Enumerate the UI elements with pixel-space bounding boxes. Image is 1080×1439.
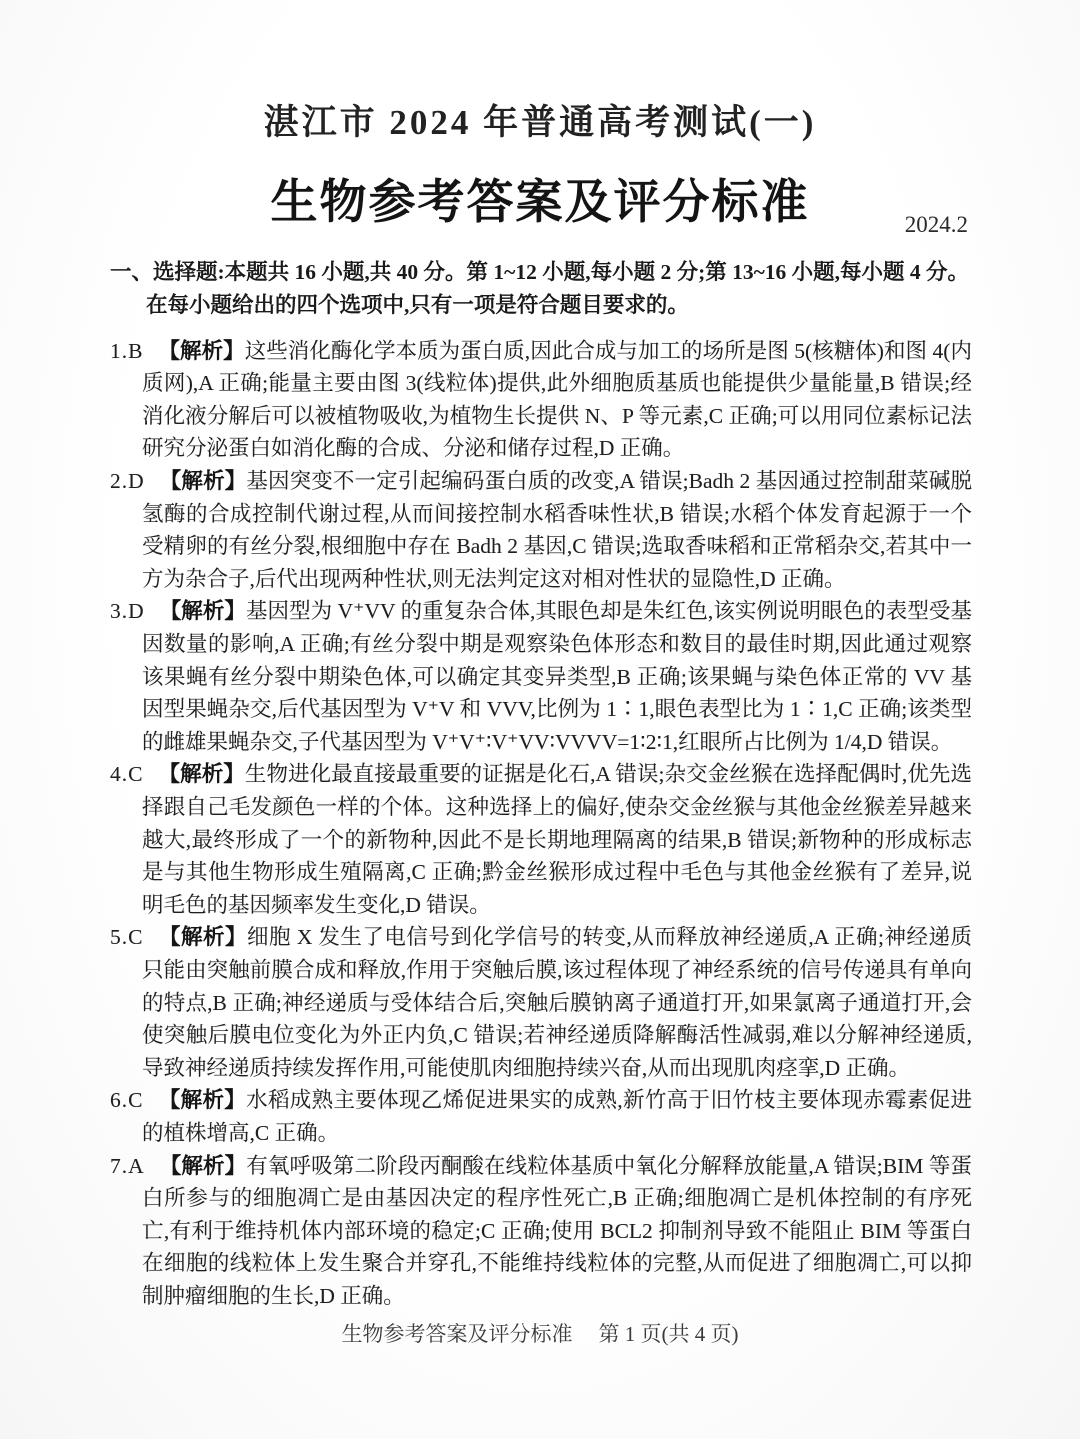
analysis-text: 有氧呼吸第二阶段丙酮酸在线粒体基质中氧化分解释放能量,A 错误;BIM 等蛋白所… [142, 1154, 972, 1308]
document-page: 湛江市 2024 年普通高考测试(一) 生物参考答案及评分标准 2024.2 一… [0, 0, 1080, 1439]
answer-number: 7.A [110, 1154, 145, 1178]
footer-doc-name: 生物参考答案及评分标准 [342, 1322, 573, 1346]
answer-number: 3.D [110, 599, 145, 623]
analysis-text: 水稻成熟主要体现乙烯促进果实的成熟,新竹高于旧竹枝主要体现赤霉素促进的植株增高,… [142, 1088, 972, 1145]
answer-item-3: 3.D【解析】基因型为 V⁺VV 的重复杂合体,其眼色却是朱红色,该实例说明眼色… [110, 595, 972, 758]
analysis-label: 【解析】 [160, 1154, 247, 1178]
analysis-label: 【解析】 [158, 762, 244, 786]
answer-item-7: 7.A【解析】有氧呼吸第二阶段丙酮酸在线粒体基质中氧化分解释放能量,A 错误;B… [110, 1150, 972, 1313]
analysis-label: 【解析】 [160, 469, 247, 493]
answer-item-6: 6.C【解析】水稻成熟主要体现乙烯促进果实的成熟,新竹高于旧竹枝主要体现赤霉素促… [110, 1084, 972, 1149]
answer-item-5: 5.C【解析】细胞 X 发生了电信号到化学信号的转变,从而释放神经递质,A 正确… [110, 921, 972, 1084]
answers-list: 1.B【解析】这些消化酶化学本质为蛋白质,因此合成与加工的场所是图 5(核糖体)… [110, 335, 972, 1313]
answer-item-4: 4.C【解析】生物进化最直接最重要的证据是化石,A 错误;杂交金丝猴在选择配偶时… [110, 758, 972, 921]
page-footer: 生物参考答案及评分标准第 1 页(共 4 页) [0, 1318, 1080, 1348]
analysis-label: 【解析】 [160, 599, 246, 623]
analysis-text: 基因突变不一定引起编码蛋白质的改变,A 错误;Badh 2 基因通过控制甜菜碱脱… [142, 469, 972, 591]
answer-item-2: 2.D【解析】基因突变不一定引起编码蛋白质的改变,A 错误;Badh 2 基因通… [110, 465, 972, 595]
analysis-label: 【解析】 [158, 925, 247, 949]
answer-number: 2.D [110, 469, 145, 493]
section-heading: 一、选择题:本题共 16 小题,共 40 分。第 1~12 小题,每小题 2 分… [110, 256, 972, 322]
section-heading-line1: 一、选择题:本题共 16 小题,共 40 分。第 1~12 小题,每小题 2 分… [110, 256, 972, 289]
answer-number: 6.C [110, 1088, 143, 1112]
content-area: 一、选择题:本题共 16 小题,共 40 分。第 1~12 小题,每小题 2 分… [0, 256, 1080, 1313]
answer-number: 4.C [110, 762, 143, 786]
analysis-label: 【解析】 [158, 1088, 246, 1112]
exam-title: 湛江市 2024 年普通高考测试(一) [0, 102, 1080, 144]
answer-item-1: 1.B【解析】这些消化酶化学本质为蛋白质,因此合成与加工的场所是图 5(核糖体)… [110, 335, 972, 465]
date-label: 2024.2 [905, 212, 968, 238]
analysis-text: 这些消化酶化学本质为蛋白质,因此合成与加工的场所是图 5(核糖体)和图 4(内质… [142, 339, 972, 461]
analysis-text: 基因型为 V⁺VV 的重复杂合体,其眼色却是朱红色,该实例说明眼色的表型受基因数… [142, 599, 972, 753]
answer-number: 1.B [110, 339, 143, 363]
analysis-text: 生物进化最直接最重要的证据是化石,A 错误;杂交金丝猴在选择配偶时,优先选择跟自… [142, 762, 972, 916]
answer-number: 5.C [110, 925, 143, 949]
footer-page-info: 第 1 页(共 4 页) [599, 1322, 739, 1346]
analysis-text: 细胞 X 发生了电信号到化学信号的转变,从而释放神经递质,A 正确;神经递质只能… [142, 925, 972, 1079]
section-heading-line2: 在每小题给出的四个选项中,只有一项是符合题目要求的。 [110, 289, 972, 322]
analysis-label: 【解析】 [158, 339, 244, 363]
